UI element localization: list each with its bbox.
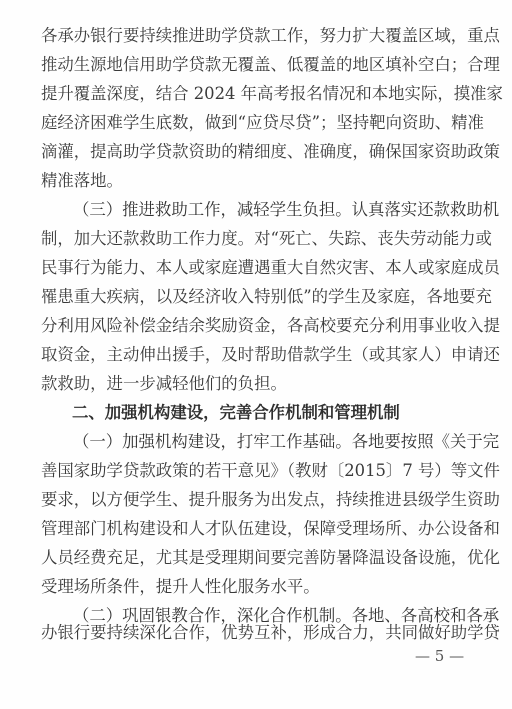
paragraph-line: 分利用风险补偿金结余奖励资金，各高校要充分利用事业收入提 — [41, 314, 483, 338]
paragraph-line: 取资金，主动伸出援手，及时帮助借款学生（或其家人）申请还 — [41, 343, 483, 367]
paragraph-line: 办银行要持续深化合作，优势互补，形成合力，共同做好助学贷 — [41, 621, 483, 645]
paragraph-line: 制，加大还款救助工作力度。对“死亡、失踪、丧失劳动能力或 — [41, 227, 483, 251]
paragraph-line: 精准落地。 — [41, 169, 483, 193]
paragraph-line: 要求，以方便学生、提升服务为出发点，持续推进县级学生资助 — [41, 488, 483, 512]
paragraph-line: 民事行为能力、本人或家庭遭遇重大自然灾害、本人或家庭成员 — [41, 256, 483, 280]
paragraph-line: 人员经费充足，尤其是受理期间要完善防暑降温设备设施，优化 — [41, 546, 483, 570]
page-number: — 5 — — [415, 647, 464, 665]
paragraph-line: 管理部门机构建设和人才队伍建设，保障受理场所、办公设备和 — [41, 517, 483, 541]
paragraph-line: 款救助，进一步减轻他们的负担。 — [41, 372, 483, 396]
subsection-heading-line: （三）推进救助工作，减轻学生负担。认真落实还款救助机 — [73, 198, 483, 222]
paragraph-line: 善国家助学贷款政策的若干意见》（教财〔2015〕7 号）等文件 — [41, 459, 483, 483]
subsection-heading-line: （一）加强机构建设，打牢工作基础。各地要按照《关于完 — [73, 430, 483, 454]
document-page: 各承办银行要持续推进助学贷款工作，努力扩大覆盖区域，重点 推动生源地信用助学贷款… — [0, 0, 512, 709]
section-heading: 二、加强机构建设，完善合作机制和管理机制 — [72, 401, 392, 425]
paragraph-line: 滴灌，提高助学贷款资助的精细度、准确度，确保国家资助政策 — [41, 140, 483, 164]
paragraph-line: 推动生源地信用助学贷款无覆盖、低覆盖的地区填补空白；合理 — [41, 53, 483, 77]
paragraph-line: 各承办银行要持续推进助学贷款工作，努力扩大覆盖区域，重点 — [41, 24, 483, 48]
paragraph-line: 罹患重大疾病，以及经济收入特别低”的学生及家庭，各地要充 — [41, 285, 483, 309]
paragraph-line: 提升覆盖深度，结合 2024 年高考报名情况和本地实际，摸准家 — [41, 82, 483, 106]
paragraph-line: 受理场所条件，提升人性化服务水平。 — [41, 575, 483, 599]
paragraph-line: 庭经济困难学生底数，做到“应贷尽贷”；坚持靶向资助、精准 — [41, 111, 483, 135]
